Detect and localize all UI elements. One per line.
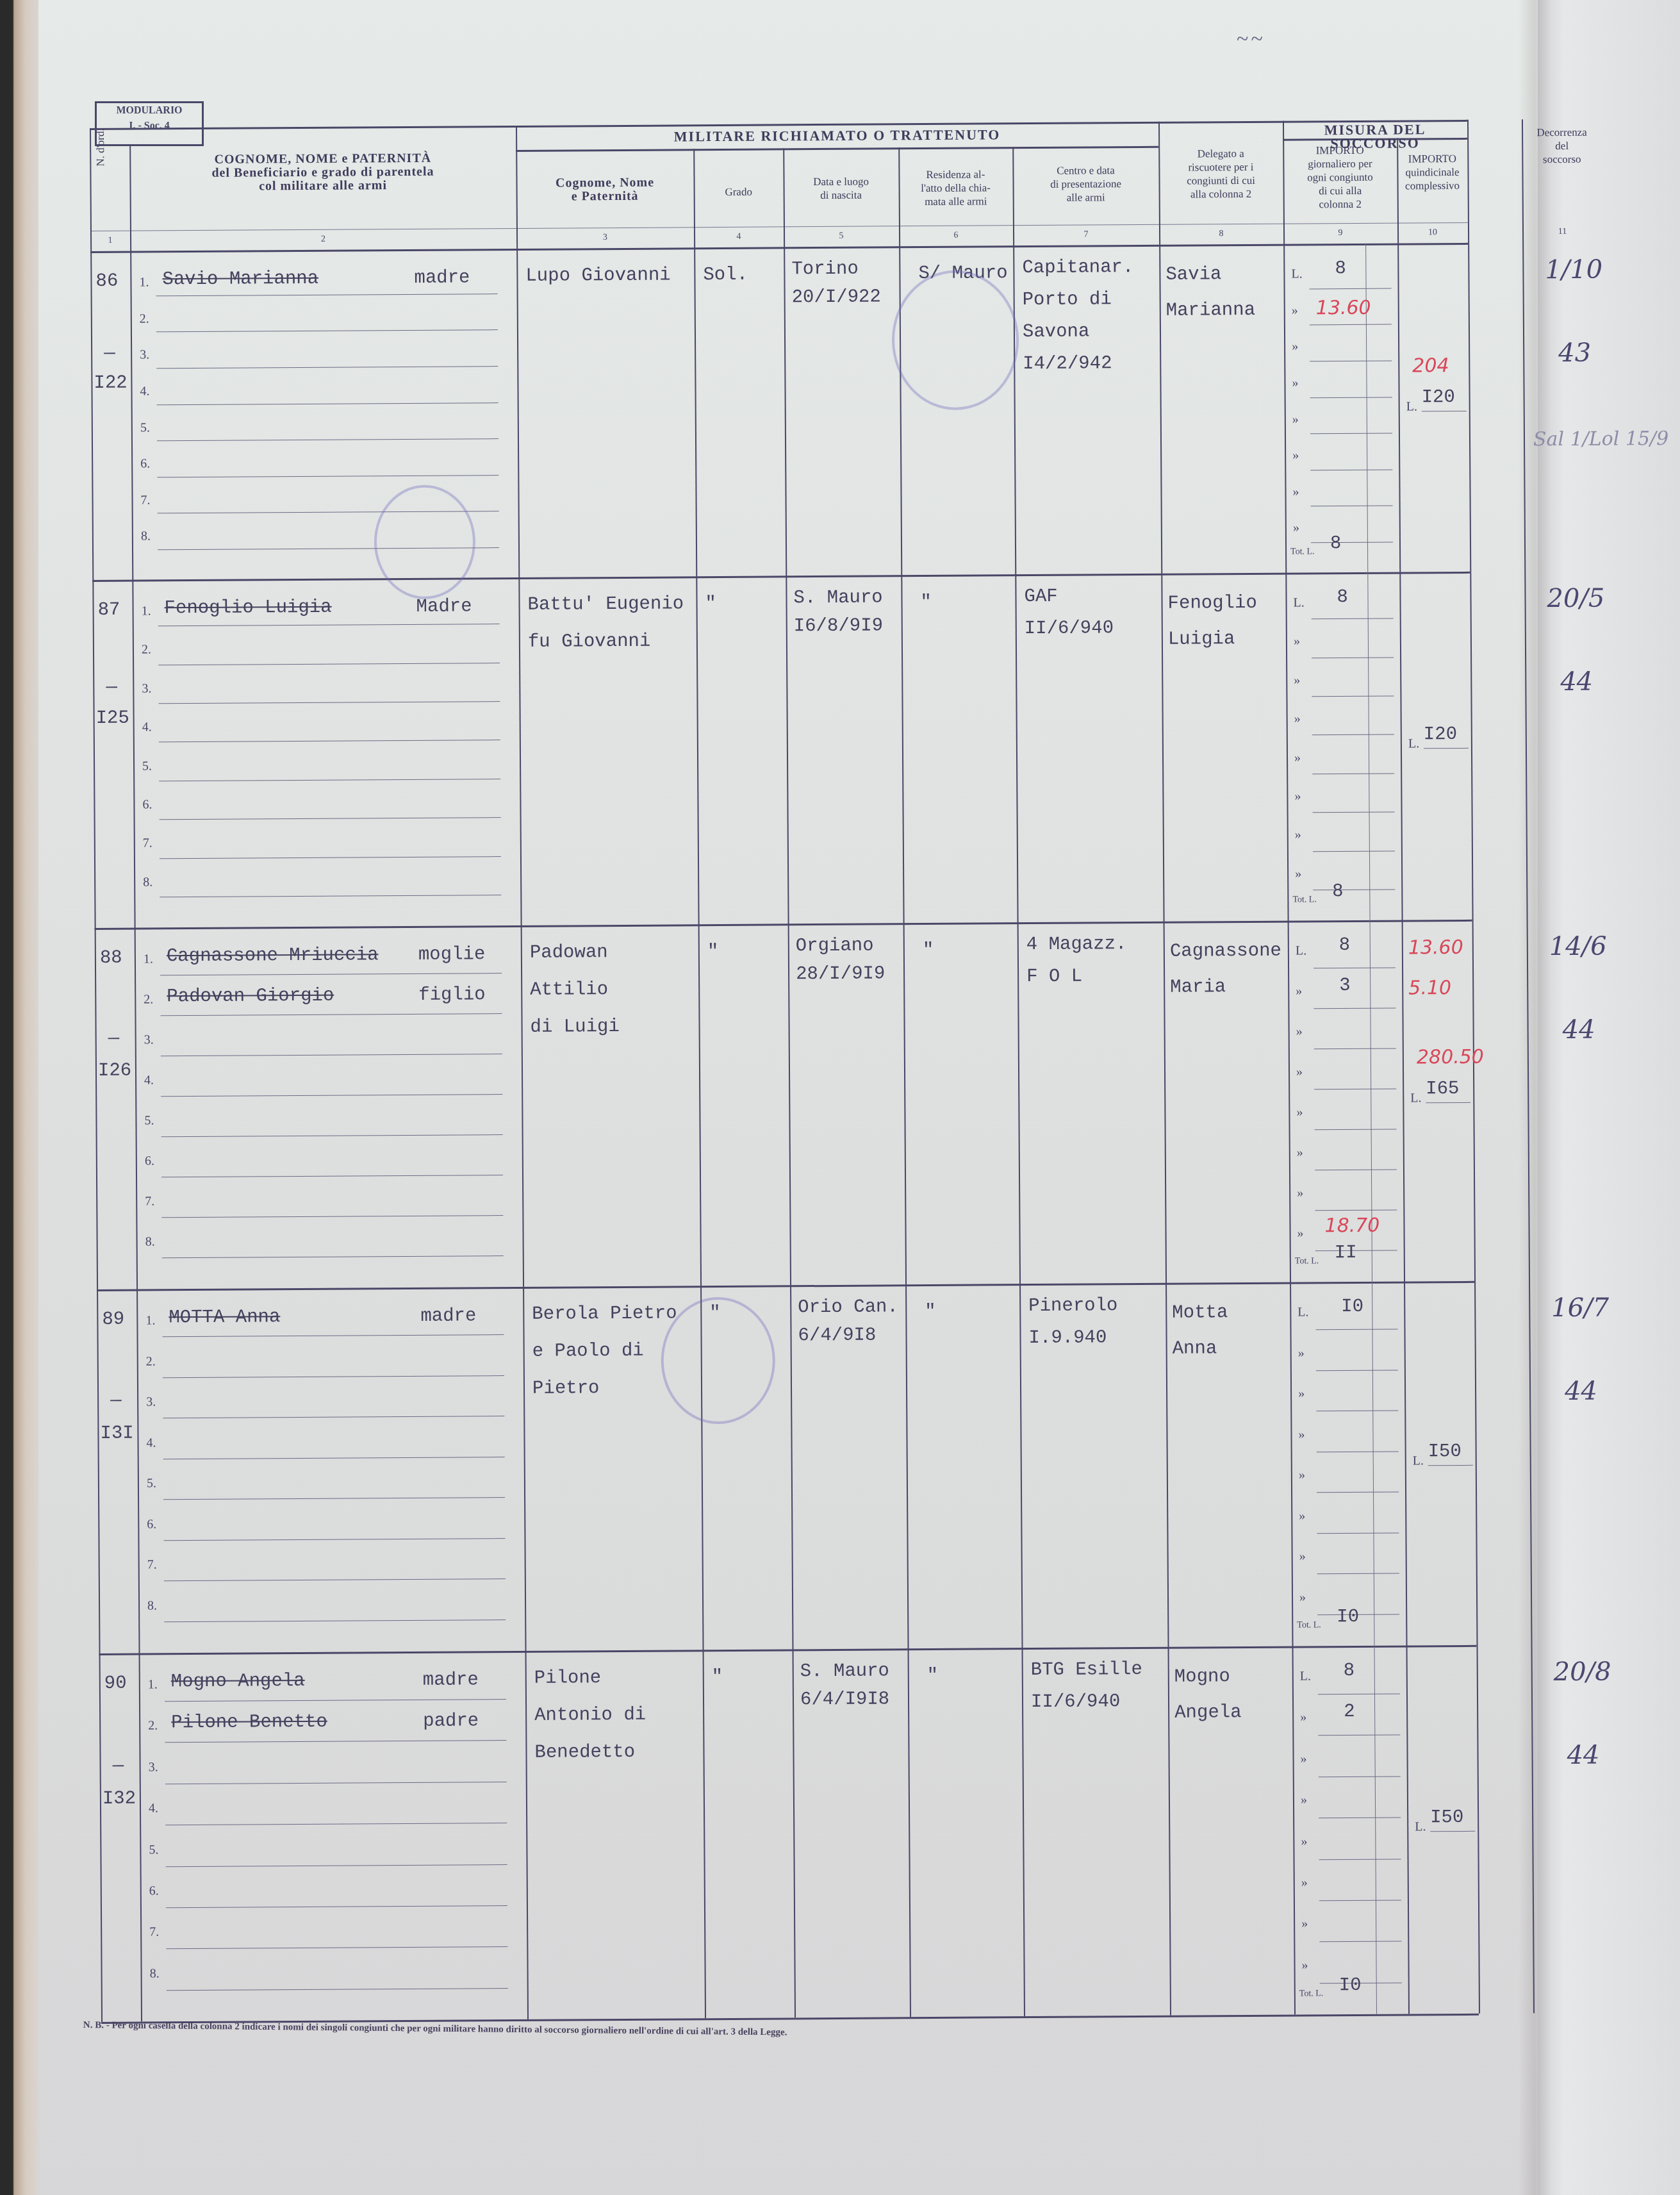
daily-rule <box>1317 1492 1399 1493</box>
row-rule <box>160 895 501 897</box>
header-n-ord: N. d'ord. <box>94 109 108 186</box>
daily-prefix: » <box>1296 1064 1303 1079</box>
beneficiary-relation: figlio <box>418 984 486 1006</box>
military-name: e Paolo di <box>532 1340 644 1362</box>
beneficiary-name: Cagnassone Mriuccia <box>167 944 379 966</box>
row-label: 4. <box>149 1802 158 1816</box>
fortnight-rule <box>1424 748 1469 749</box>
daily-prefix: » <box>1299 1509 1305 1523</box>
daily-rule <box>1319 1900 1401 1901</box>
row-label: 4. <box>142 720 152 735</box>
stamp-mark <box>374 485 475 599</box>
row-rule <box>159 740 500 742</box>
daily-prefix: » <box>1295 866 1301 881</box>
daily-prefix: L. <box>1296 943 1306 958</box>
daily-rule <box>1314 1048 1396 1050</box>
daily-rule <box>1316 1411 1398 1412</box>
header-military-name: Cognome, Nomee Paternità <box>516 176 693 204</box>
row-label: 8. <box>150 1966 160 1981</box>
row-rule <box>161 1175 503 1177</box>
stamp-mark <box>891 270 1019 410</box>
delegate: Cagnassone <box>1170 940 1281 962</box>
center: GAF <box>1024 586 1057 607</box>
header-line: del <box>1522 139 1602 153</box>
daily-rule <box>1318 1694 1400 1695</box>
row-label: 3. <box>140 348 149 363</box>
total-label: Tot. L. <box>1299 1989 1324 1999</box>
header-line: quindicinale <box>1397 165 1467 179</box>
row-label: 5. <box>144 1113 154 1128</box>
daily-rule <box>1319 1818 1401 1819</box>
column-divider <box>898 147 911 2017</box>
header-line: alle armi <box>1013 190 1159 204</box>
fortnight-amount: I65 <box>1426 1078 1459 1099</box>
header-daily-amount: IMPORTOgiornaliero perogni congiuntodi c… <box>1283 144 1397 211</box>
residence: " <box>923 940 934 961</box>
entry-dash: — <box>108 1028 120 1049</box>
header-line: Data e luogo <box>783 174 898 188</box>
daily-prefix: » <box>1301 1752 1307 1766</box>
daily-prefix: » <box>1292 340 1298 354</box>
entry-number: 89 <box>102 1309 124 1330</box>
military-name: Battu' Eugenio <box>527 593 684 615</box>
total-label: Tot. L. <box>1290 547 1315 557</box>
header-military-group: MILITARE RICHIAMATO O TRATTENUTO <box>516 127 1158 144</box>
row-rule <box>162 1255 504 1258</box>
row-rule <box>160 973 502 975</box>
daily-rule <box>1318 1735 1400 1736</box>
column-number: 7 <box>1013 229 1159 240</box>
row-label: 6. <box>140 457 150 472</box>
total-correction: 18.70 <box>1324 1214 1379 1238</box>
row-label: 7. <box>143 836 152 851</box>
delegate: Fenoglio <box>1167 592 1256 614</box>
center: Porto di <box>1023 288 1112 310</box>
beneficiary-relation: madre <box>420 1305 476 1327</box>
header-line: MILITARE RICHIAMATO O TRATTENUTO <box>516 127 1158 144</box>
birth: Orio Can. <box>798 1296 898 1318</box>
daily-prefix: » <box>1298 1386 1305 1401</box>
header-line: soccorso <box>1522 153 1602 167</box>
fortnight-prefix: L. <box>1406 399 1417 414</box>
row-label: 8. <box>141 529 151 544</box>
daily-prefix: » <box>1301 1917 1308 1932</box>
column-number: 8 <box>1159 229 1283 240</box>
start-date: 20/8 <box>1554 1657 1611 1687</box>
daily-prefix: L. <box>1291 267 1302 281</box>
column-number: 3 <box>516 232 694 244</box>
daily-prefix: » <box>1297 1226 1304 1241</box>
delegate: Motta <box>1172 1302 1228 1323</box>
daily-rule <box>1310 469 1392 470</box>
daily-prefix: » <box>1293 521 1299 536</box>
daily-prefix: » <box>1292 412 1299 427</box>
daily-rule <box>1319 1941 1401 1942</box>
grade: " <box>707 941 719 962</box>
center: 4 Magazz. <box>1026 933 1127 955</box>
military-name: Padowan <box>530 941 608 963</box>
beneficiary-name: Mogno Angela <box>171 1670 305 1692</box>
fortnight-correction: 280.50 <box>1417 1046 1484 1069</box>
daily-rule <box>1314 1008 1396 1009</box>
daily-prefix: » <box>1292 449 1299 463</box>
daily-rule <box>1312 773 1394 774</box>
residence: " <box>925 1301 936 1322</box>
row-rule <box>156 329 498 332</box>
fortnight-prefix: L. <box>1413 1454 1424 1468</box>
birth: 20/I/922 <box>792 286 881 308</box>
military-name: Antonio di <box>534 1704 646 1726</box>
right-note: 44 <box>1560 667 1593 697</box>
delegate: Luigia <box>1168 628 1235 650</box>
header-line: Grado <box>694 185 784 199</box>
daily-amount-correction: 5.10 <box>1408 977 1451 999</box>
delegate: Maria <box>1170 976 1226 998</box>
daily-prefix: » <box>1292 376 1298 390</box>
daily-prefix: » <box>1296 1024 1303 1039</box>
row-label: 2. <box>140 311 149 326</box>
daily-prefix: » <box>1294 712 1301 727</box>
entry-number: 88 <box>100 947 122 968</box>
birth: I6/8/9I9 <box>794 615 883 636</box>
right-note: 44 <box>1565 1377 1597 1406</box>
military-name: Pilone <box>534 1667 602 1689</box>
header-line: Residenza al- <box>898 167 1012 181</box>
entry-page-ref: I3I <box>100 1422 133 1443</box>
center: BTG Esille <box>1031 1659 1142 1680</box>
row-rule <box>166 1864 507 1867</box>
delegate: Mogno <box>1174 1666 1230 1687</box>
military-name: di Luigi <box>530 1016 619 1038</box>
row-label: 7. <box>145 1194 154 1209</box>
row-label: 5. <box>149 1843 158 1857</box>
delegate: Angela <box>1174 1702 1242 1723</box>
row-rule <box>160 817 501 820</box>
daily-rule <box>1316 1370 1398 1371</box>
daily-prefix: » <box>1297 1186 1303 1200</box>
header-birth: Data e luogodi nascita <box>783 174 898 202</box>
daily-prefix: » <box>1294 673 1300 688</box>
row-rule <box>159 779 500 781</box>
daily-rule <box>1315 1210 1397 1211</box>
column-number: 9 <box>1283 228 1397 239</box>
total-value: II <box>1335 1242 1357 1263</box>
row-label: 1. <box>148 1677 158 1692</box>
column-divider <box>1283 121 1296 2015</box>
column-number: 2 <box>130 233 516 246</box>
beneficiary-name: MOTTA Anna <box>169 1306 280 1328</box>
daily-rule <box>1317 1532 1399 1534</box>
daily-rule <box>1310 324 1392 326</box>
row-rule <box>160 1013 502 1016</box>
daily-rule <box>1315 1329 1397 1330</box>
row-rule <box>167 1988 508 1991</box>
row-label: 5. <box>147 1476 156 1491</box>
start-date: 20/5 <box>1547 584 1604 614</box>
row-label: 7. <box>140 493 150 508</box>
daily-prefix: » <box>1299 1468 1305 1482</box>
header-fortnight-amount: IMPORTOquindicinalecomplessivo <box>1397 152 1467 193</box>
beneficiary-relation: madre <box>423 1669 479 1691</box>
daily-prefix: » <box>1297 1145 1303 1160</box>
column-number: 1 <box>90 236 130 246</box>
center: I4/2/942 <box>1023 352 1112 374</box>
row-rule <box>156 294 498 296</box>
row-rule <box>161 1054 502 1056</box>
row-rule <box>165 1741 506 1743</box>
daily-rule <box>1317 1451 1399 1452</box>
right-note: 44 <box>1567 1741 1599 1770</box>
daily-rule <box>1313 812 1395 813</box>
total-value: 8 <box>1332 881 1344 902</box>
fortnight-amount: I50 <box>1428 1441 1462 1462</box>
column-divider <box>1158 122 1171 2016</box>
row-label: 4. <box>146 1436 156 1450</box>
header-line: Decorrenza <box>1522 126 1602 140</box>
row-rule <box>157 402 498 405</box>
daily-prefix: » <box>1296 984 1302 998</box>
daily-rule <box>1319 1776 1401 1777</box>
entry-divider <box>97 1281 1474 1291</box>
center: I.9.940 <box>1028 1327 1107 1348</box>
birth: 6/4/9I8 <box>798 1325 876 1346</box>
row-label: 1. <box>144 952 153 966</box>
birth: Orgiano <box>796 935 874 957</box>
birth: 6/4/I9I8 <box>800 1688 889 1710</box>
header-grade: Grado <box>694 185 784 199</box>
center: F O L <box>1026 966 1082 988</box>
daily-rule <box>1317 1573 1399 1575</box>
grade: " <box>705 593 716 614</box>
delegate: Anna <box>1173 1338 1217 1359</box>
birth: S. Mauro <box>793 586 882 608</box>
daily-amount-correction: 13.60 <box>1316 296 1371 319</box>
row-label: 3. <box>149 1760 158 1775</box>
daily-amount: 3 <box>1339 975 1351 996</box>
header-line: mata alle armi <box>899 194 1013 208</box>
birth: Torino <box>791 258 859 280</box>
header-line: IMPORTO <box>1397 152 1467 166</box>
military-group-divider <box>516 146 1158 152</box>
daily-rule <box>1310 288 1392 289</box>
column-number: 4 <box>694 231 784 242</box>
header-line: colonna 2 <box>1283 197 1397 211</box>
header-line: e Paternità <box>516 189 694 204</box>
header-beneficiary: COGNOME, NOME e PATERNITÀdel Beneficiari… <box>129 151 516 194</box>
daily-rule <box>1312 696 1394 697</box>
column-divider <box>783 148 796 2017</box>
form-code-line1: MODULARIO <box>97 103 202 119</box>
daily-rule <box>1314 1089 1396 1090</box>
center: Capitanar. <box>1022 256 1133 278</box>
total-value: I0 <box>1339 1975 1362 1996</box>
right-note: 44 <box>1562 1015 1595 1045</box>
fortnight-amount: I50 <box>1430 1807 1463 1828</box>
stamp-mark <box>661 1297 775 1425</box>
header-line: riscuotere per i <box>1158 160 1283 174</box>
daily-rule <box>1313 850 1395 852</box>
row-label: 8. <box>147 1598 157 1613</box>
military-name: Attilio <box>530 979 608 1000</box>
center: II/6/940 <box>1025 617 1114 639</box>
start-date: 14/6 <box>1549 932 1607 962</box>
daily-prefix: » <box>1301 1793 1307 1808</box>
row-label: 5. <box>140 420 150 435</box>
fortnight-amount: I20 <box>1424 724 1457 745</box>
column-divider <box>1012 147 1025 2016</box>
center: II/6/940 <box>1031 1691 1120 1712</box>
daily-amount: 2 <box>1344 1701 1355 1722</box>
start-date: 1/10 <box>1545 255 1602 285</box>
entry-number: 90 <box>104 1673 127 1694</box>
daily-rule <box>1312 618 1394 620</box>
header-line: ogni congiunto <box>1283 170 1397 185</box>
center: Pinerolo <box>1028 1295 1117 1316</box>
residence: " <box>920 592 932 613</box>
entry-dash: — <box>113 1755 124 1776</box>
daily-rule <box>1310 433 1392 435</box>
daily-prefix: » <box>1299 1590 1306 1605</box>
daily-amount-correction: 13.60 <box>1408 936 1463 959</box>
military-name: fu Giovanni <box>528 631 651 652</box>
daily-rule <box>1319 1859 1401 1860</box>
row-rule <box>156 366 498 369</box>
corner-mark: ~~ <box>1237 27 1265 51</box>
row-rule <box>164 1619 506 1622</box>
right-extra: Sal 1/Lol 15/9 <box>1533 427 1668 451</box>
row-label: 3. <box>144 1032 154 1047</box>
column-divider <box>693 149 706 2018</box>
fortnight-rule <box>1422 411 1467 411</box>
fortnight-rule <box>1430 1831 1475 1832</box>
row-rule <box>165 1782 507 1784</box>
daily-rule <box>1310 360 1392 361</box>
facing-page <box>1538 0 1680 2195</box>
daily-rule <box>1311 506 1393 507</box>
total-value: I0 <box>1337 1606 1359 1627</box>
row-rule <box>163 1538 505 1541</box>
header-line: di nascita <box>784 188 899 202</box>
header-line: giornaliero per <box>1283 157 1397 171</box>
entry-dash: — <box>106 677 117 698</box>
row-label: 8. <box>143 875 152 890</box>
row-rule <box>165 1699 506 1702</box>
row-label: 2. <box>146 1354 156 1369</box>
daily-amount: 8 <box>1339 934 1351 956</box>
column-number: 5 <box>784 231 899 242</box>
row-rule <box>164 1579 506 1582</box>
row-label: 7. <box>149 1925 159 1940</box>
entry-divider <box>92 572 1470 582</box>
row-label: 4. <box>144 1073 154 1088</box>
grade: " <box>712 1666 723 1687</box>
row-label: 1. <box>145 1313 155 1328</box>
row-rule <box>166 1905 507 1908</box>
column-number: 10 <box>1397 228 1468 238</box>
daily-prefix: » <box>1298 1427 1305 1442</box>
row-label: 3. <box>146 1395 156 1409</box>
row-label: 1. <box>142 604 151 618</box>
total-label: Tot. L. <box>1297 1620 1321 1630</box>
daily-prefix: » <box>1300 1710 1306 1725</box>
column-divider <box>516 126 529 2019</box>
row-rule <box>163 1498 505 1500</box>
beneficiary-relation: padre <box>423 1710 479 1732</box>
row-rule <box>165 1823 507 1825</box>
header-line: Centro e data <box>1012 163 1158 178</box>
beneficiary-name: Pilone Benetto <box>171 1711 327 1733</box>
row-label: 3. <box>142 681 151 696</box>
row-label: 8. <box>145 1234 155 1249</box>
entry-page-ref: I32 <box>103 1788 136 1809</box>
daily-rule <box>1312 657 1394 658</box>
row-rule <box>158 663 500 665</box>
fortnight-prefix: L. <box>1410 1091 1421 1106</box>
header-line: congiunti di cui <box>1158 174 1283 188</box>
row-label: 6. <box>149 1884 159 1898</box>
row-rule <box>161 1134 503 1137</box>
beneficiary-relation: madre <box>414 267 470 288</box>
daily-prefix: » <box>1298 1346 1305 1361</box>
row-rule <box>160 856 501 859</box>
fortnight-rule <box>1426 1102 1470 1103</box>
entry-page-ref: I26 <box>98 1060 131 1081</box>
center: Savona <box>1023 320 1090 342</box>
header-line: Cognome, Nome <box>516 176 693 190</box>
daily-rule <box>1312 734 1394 736</box>
row-rule <box>166 1946 507 1949</box>
daily-prefix: » <box>1295 828 1301 843</box>
total-label: Tot. L. <box>1295 1256 1319 1266</box>
daily-prefix: » <box>1292 303 1298 318</box>
daily-prefix: » <box>1294 789 1301 804</box>
daily-rule <box>1310 397 1392 398</box>
row-rule <box>163 1457 505 1459</box>
row-rule <box>157 438 498 441</box>
fortnight-prefix: L. <box>1415 1819 1426 1834</box>
row-label: 1. <box>139 275 149 290</box>
delegate: Marianna <box>1166 299 1255 321</box>
right-note: 43 <box>1558 338 1591 368</box>
entry-number: 87 <box>97 599 120 620</box>
header-line: IMPORTO <box>1283 144 1397 158</box>
row-label: 2. <box>142 643 151 658</box>
daily-prefix: L. <box>1297 1305 1308 1320</box>
total-value: 8 <box>1330 533 1342 554</box>
beneficiary-name: Padovan Giorgio <box>167 985 334 1007</box>
daily-rule <box>1313 889 1395 890</box>
daily-amount: 8 <box>1344 1660 1355 1681</box>
entry-divider <box>99 1645 1477 1655</box>
header-delegate: Delegato ariscuotere per icongiunti di c… <box>1158 147 1283 201</box>
daily-prefix: » <box>1294 634 1300 649</box>
beneficiary-relation: moglie <box>418 943 486 965</box>
total-label: Tot. L. <box>1292 895 1317 905</box>
header-line: complessivo <box>1397 179 1468 193</box>
entry-dash: — <box>110 1390 122 1411</box>
row-rule <box>163 1335 504 1338</box>
column-number: 6 <box>899 230 1013 241</box>
fortnight-prefix: L. <box>1408 737 1419 752</box>
daily-prefix: » <box>1301 1958 1308 1973</box>
birth: S. Mauro <box>800 1660 889 1682</box>
header-line: alla colonna 2 <box>1159 187 1283 201</box>
row-rule <box>161 1094 502 1097</box>
grade: Sol. <box>703 264 748 285</box>
row-label: 6. <box>142 797 152 812</box>
header-center: Centro e datadi presentazionealle armi <box>1012 163 1158 204</box>
header-line: l'atto della chia- <box>899 181 1013 195</box>
